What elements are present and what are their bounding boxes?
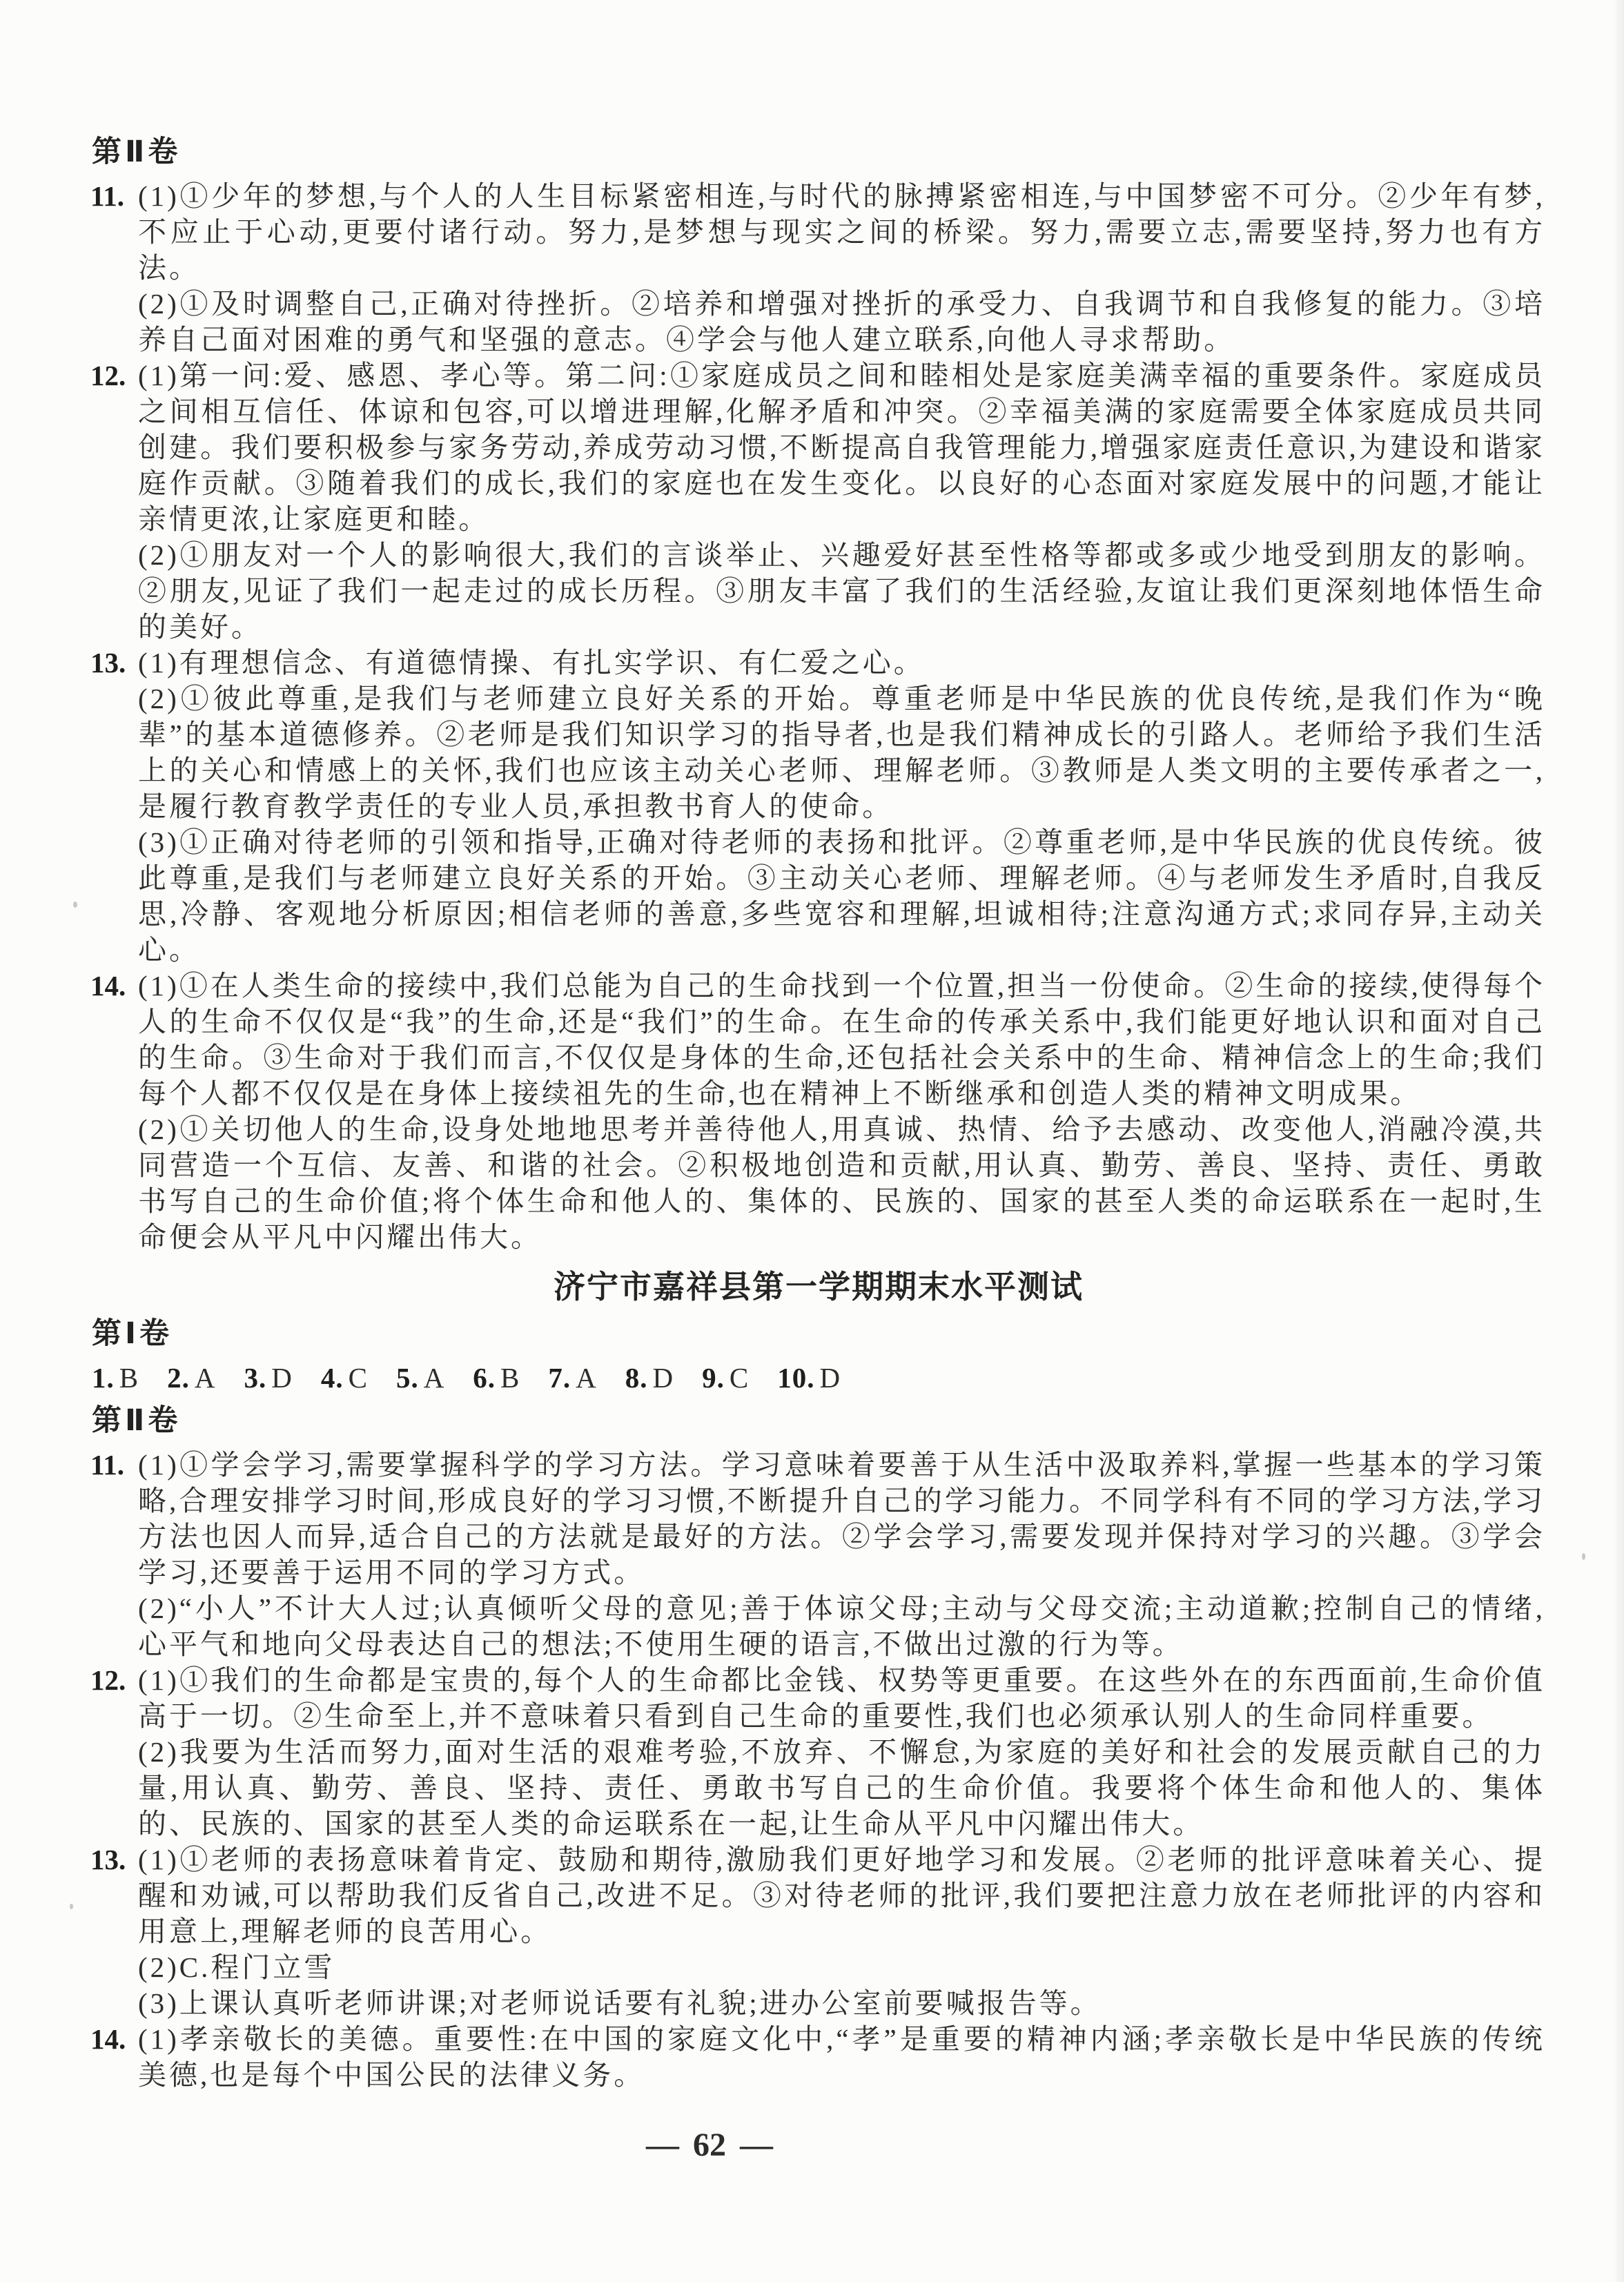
scan-speck — [73, 901, 77, 908]
footer-dash-left: — — [646, 2127, 679, 2163]
answer-item: 14.(1)孝亲敬长的美德。重要性:在中国的家庭文化中,“孝”是重要的精神内涵;… — [92, 2021, 1545, 2093]
choice-letter: A — [195, 1362, 216, 1394]
section-header-part1: 第Ⅰ卷 — [92, 1316, 1545, 1352]
choice-number: 2. — [167, 1362, 190, 1394]
answer-paragraph: (2)我要为生活而努力,面对生活的艰难考验,不放弃、不懈怠,为家庭的美好和社会的… — [138, 1734, 1545, 1842]
choice-number: 4. — [321, 1362, 344, 1394]
exam-title: 济宁市嘉祥县第一学期期末水平测试 — [92, 1266, 1545, 1307]
answer-item: 13.(1)①老师的表扬意味着肯定、鼓励和期待,激励我们更好地学习和发展。②老师… — [92, 1842, 1545, 2021]
choice-number: 10. — [777, 1362, 814, 1394]
answer-paragraph: (1)①在人类生命的接续中,我们总能为自己的生命找到一个位置,担当一份使命。②生… — [138, 968, 1545, 1111]
section-header-part2-previous-test: 第Ⅱ卷 — [92, 134, 1545, 170]
answer-number: 13. — [90, 1842, 126, 1878]
answer-item: 11.(1)①学会学习,需要掌握科学的学习方法。学习意味着要善于从生活中汲取养料… — [92, 1447, 1545, 1662]
choice-number: 3. — [244, 1362, 266, 1394]
answer-paragraph: (1)①老师的表扬意味着肯定、鼓励和期待,激励我们更好地学习和发展。②老师的批评… — [138, 1842, 1545, 1949]
choice-letter: A — [424, 1362, 445, 1394]
footer-dash-right: — — [740, 2127, 773, 2163]
scanned-answer-page: 第Ⅱ卷 11.(1)①少年的梦想,与个人的人生目标紧密相连,与时代的脉搏紧密相连… — [0, 0, 1624, 2282]
answer-item: 13.(1)有理想信念、有道德情操、有扎实学识、有仁爱之心。(2)①彼此尊重,是… — [92, 645, 1545, 968]
scan-edge-shadow — [1613, 0, 1624, 2282]
choice-number: 5. — [396, 1362, 419, 1394]
choice-answers-row: 1.B2.A3.D4.C5.A6.B7.A8.D9.C10.D — [92, 1360, 1545, 1396]
answer-number: 11. — [90, 1447, 124, 1483]
answer-paragraph: (2)“小人”不计大人过;认真倾听父母的意见;善于体谅父母;主动与父母交流;主动… — [138, 1590, 1545, 1662]
answer-paragraph: (2)①关切他人的生命,设身处地地思考并善待他人,用真诚、热情、给予去感动、改变… — [138, 1111, 1545, 1255]
choice-letter: B — [119, 1362, 139, 1394]
choice-item: 8.D — [625, 1362, 674, 1394]
scan-speck — [1582, 1553, 1585, 1560]
page-footer: —62— — [646, 2127, 773, 2163]
answer-paragraph: (1)孝亲敬长的美德。重要性:在中国的家庭文化中,“孝”是重要的精神内涵;孝亲敬… — [138, 2021, 1545, 2093]
answer-list-current-test: 11.(1)①学会学习,需要掌握科学的学习方法。学习意味着要善于从生活中汲取养料… — [92, 1447, 1545, 2093]
choice-number: 6. — [473, 1362, 496, 1394]
answer-paragraph: (2)①及时调整自己,正确对待挫折。②培养和增强对挫折的承受力、自我调节和自我修… — [138, 286, 1545, 358]
scan-speck — [70, 1904, 73, 1909]
answer-paragraph: (2)C.程门立雪 — [138, 1949, 1545, 1985]
answer-item: 14.(1)①在人类生命的接续中,我们总能为自己的生命找到一个位置,担当一份使命… — [92, 968, 1545, 1255]
choice-item: 7.A — [548, 1362, 596, 1394]
answer-paragraph: (1)①学会学习,需要掌握科学的学习方法。学习意味着要善于从生活中汲取养料,掌握… — [138, 1447, 1545, 1590]
answer-paragraph: (1)有理想信念、有道德情操、有扎实学识、有仁爱之心。 — [138, 645, 1545, 681]
choice-number: 7. — [548, 1362, 571, 1394]
answer-paragraph: (2)①彼此尊重,是我们与老师建立良好关系的开始。尊重老师是中华民族的优良传统,… — [138, 681, 1545, 824]
page-number: 62 — [693, 2127, 726, 2163]
choice-letter: C — [730, 1362, 749, 1394]
answer-number: 14. — [90, 2021, 126, 2057]
answer-paragraph: (1)①我们的生命都是宝贵的,每个人的生命都比金钱、权势等更重要。在这些外在的东… — [138, 1662, 1545, 1734]
choice-letter: D — [819, 1362, 841, 1394]
choice-item: 5.A — [396, 1362, 444, 1394]
choice-item: 9.C — [702, 1362, 749, 1394]
choice-letter: D — [653, 1362, 674, 1394]
answer-paragraph: (2)①朋友对一个人的影响很大,我们的言谈举止、兴趣爱好甚至性格等都或多或少地受… — [138, 537, 1545, 645]
choice-item: 10.D — [777, 1362, 841, 1394]
answer-paragraph: (3)①正确对待老师的引领和指导,正确对待老师的表扬和批评。②尊重老师,是中华民… — [138, 824, 1545, 968]
choice-item: 6.B — [473, 1362, 520, 1394]
page-content: 第Ⅱ卷 11.(1)①少年的梦想,与个人的人生目标紧密相连,与时代的脉搏紧密相连… — [92, 134, 1545, 2093]
section-header-part2: 第Ⅱ卷 — [92, 1403, 1545, 1439]
answer-number: 13. — [90, 645, 126, 681]
answer-item: 12.(1)第一问:爱、感恩、孝心等。第二问:①家庭成员之间和睦相处是家庭美满幸… — [92, 358, 1545, 645]
choice-letter: B — [500, 1362, 520, 1394]
choice-item: 1.B — [92, 1362, 139, 1394]
answer-item: 11.(1)①少年的梦想,与个人的人生目标紧密相连,与时代的脉搏紧密相连,与中国… — [92, 178, 1545, 358]
choice-letter: C — [349, 1362, 368, 1394]
choice-item: 4.C — [321, 1362, 368, 1394]
answer-number: 12. — [90, 1662, 126, 1698]
choice-item: 2.A — [167, 1362, 215, 1394]
answer-number: 12. — [90, 358, 126, 393]
choice-number: 1. — [92, 1362, 115, 1394]
answer-paragraph: (1)①少年的梦想,与个人的人生目标紧密相连,与时代的脉搏紧密相连,与中国梦密不… — [138, 178, 1545, 286]
answer-item: 12.(1)①我们的生命都是宝贵的,每个人的生命都比金钱、权势等更重要。在这些外… — [92, 1662, 1545, 1842]
choice-letter: D — [271, 1362, 293, 1394]
answer-number: 14. — [90, 968, 126, 1004]
answer-paragraph: (1)第一问:爱、感恩、孝心等。第二问:①家庭成员之间和睦相处是家庭美满幸福的重… — [138, 358, 1545, 537]
choice-item: 3.D — [244, 1362, 292, 1394]
answer-list-previous-test: 11.(1)①少年的梦想,与个人的人生目标紧密相连,与时代的脉搏紧密相连,与中国… — [92, 178, 1545, 1255]
answer-paragraph: (3)上课认真听老师讲课;对老师说话要有礼貌;进办公室前要喊报告等。 — [138, 1985, 1545, 2021]
choice-number: 9. — [702, 1362, 725, 1394]
answer-number: 11. — [90, 178, 124, 214]
choice-letter: A — [576, 1362, 597, 1394]
choice-number: 8. — [625, 1362, 648, 1394]
